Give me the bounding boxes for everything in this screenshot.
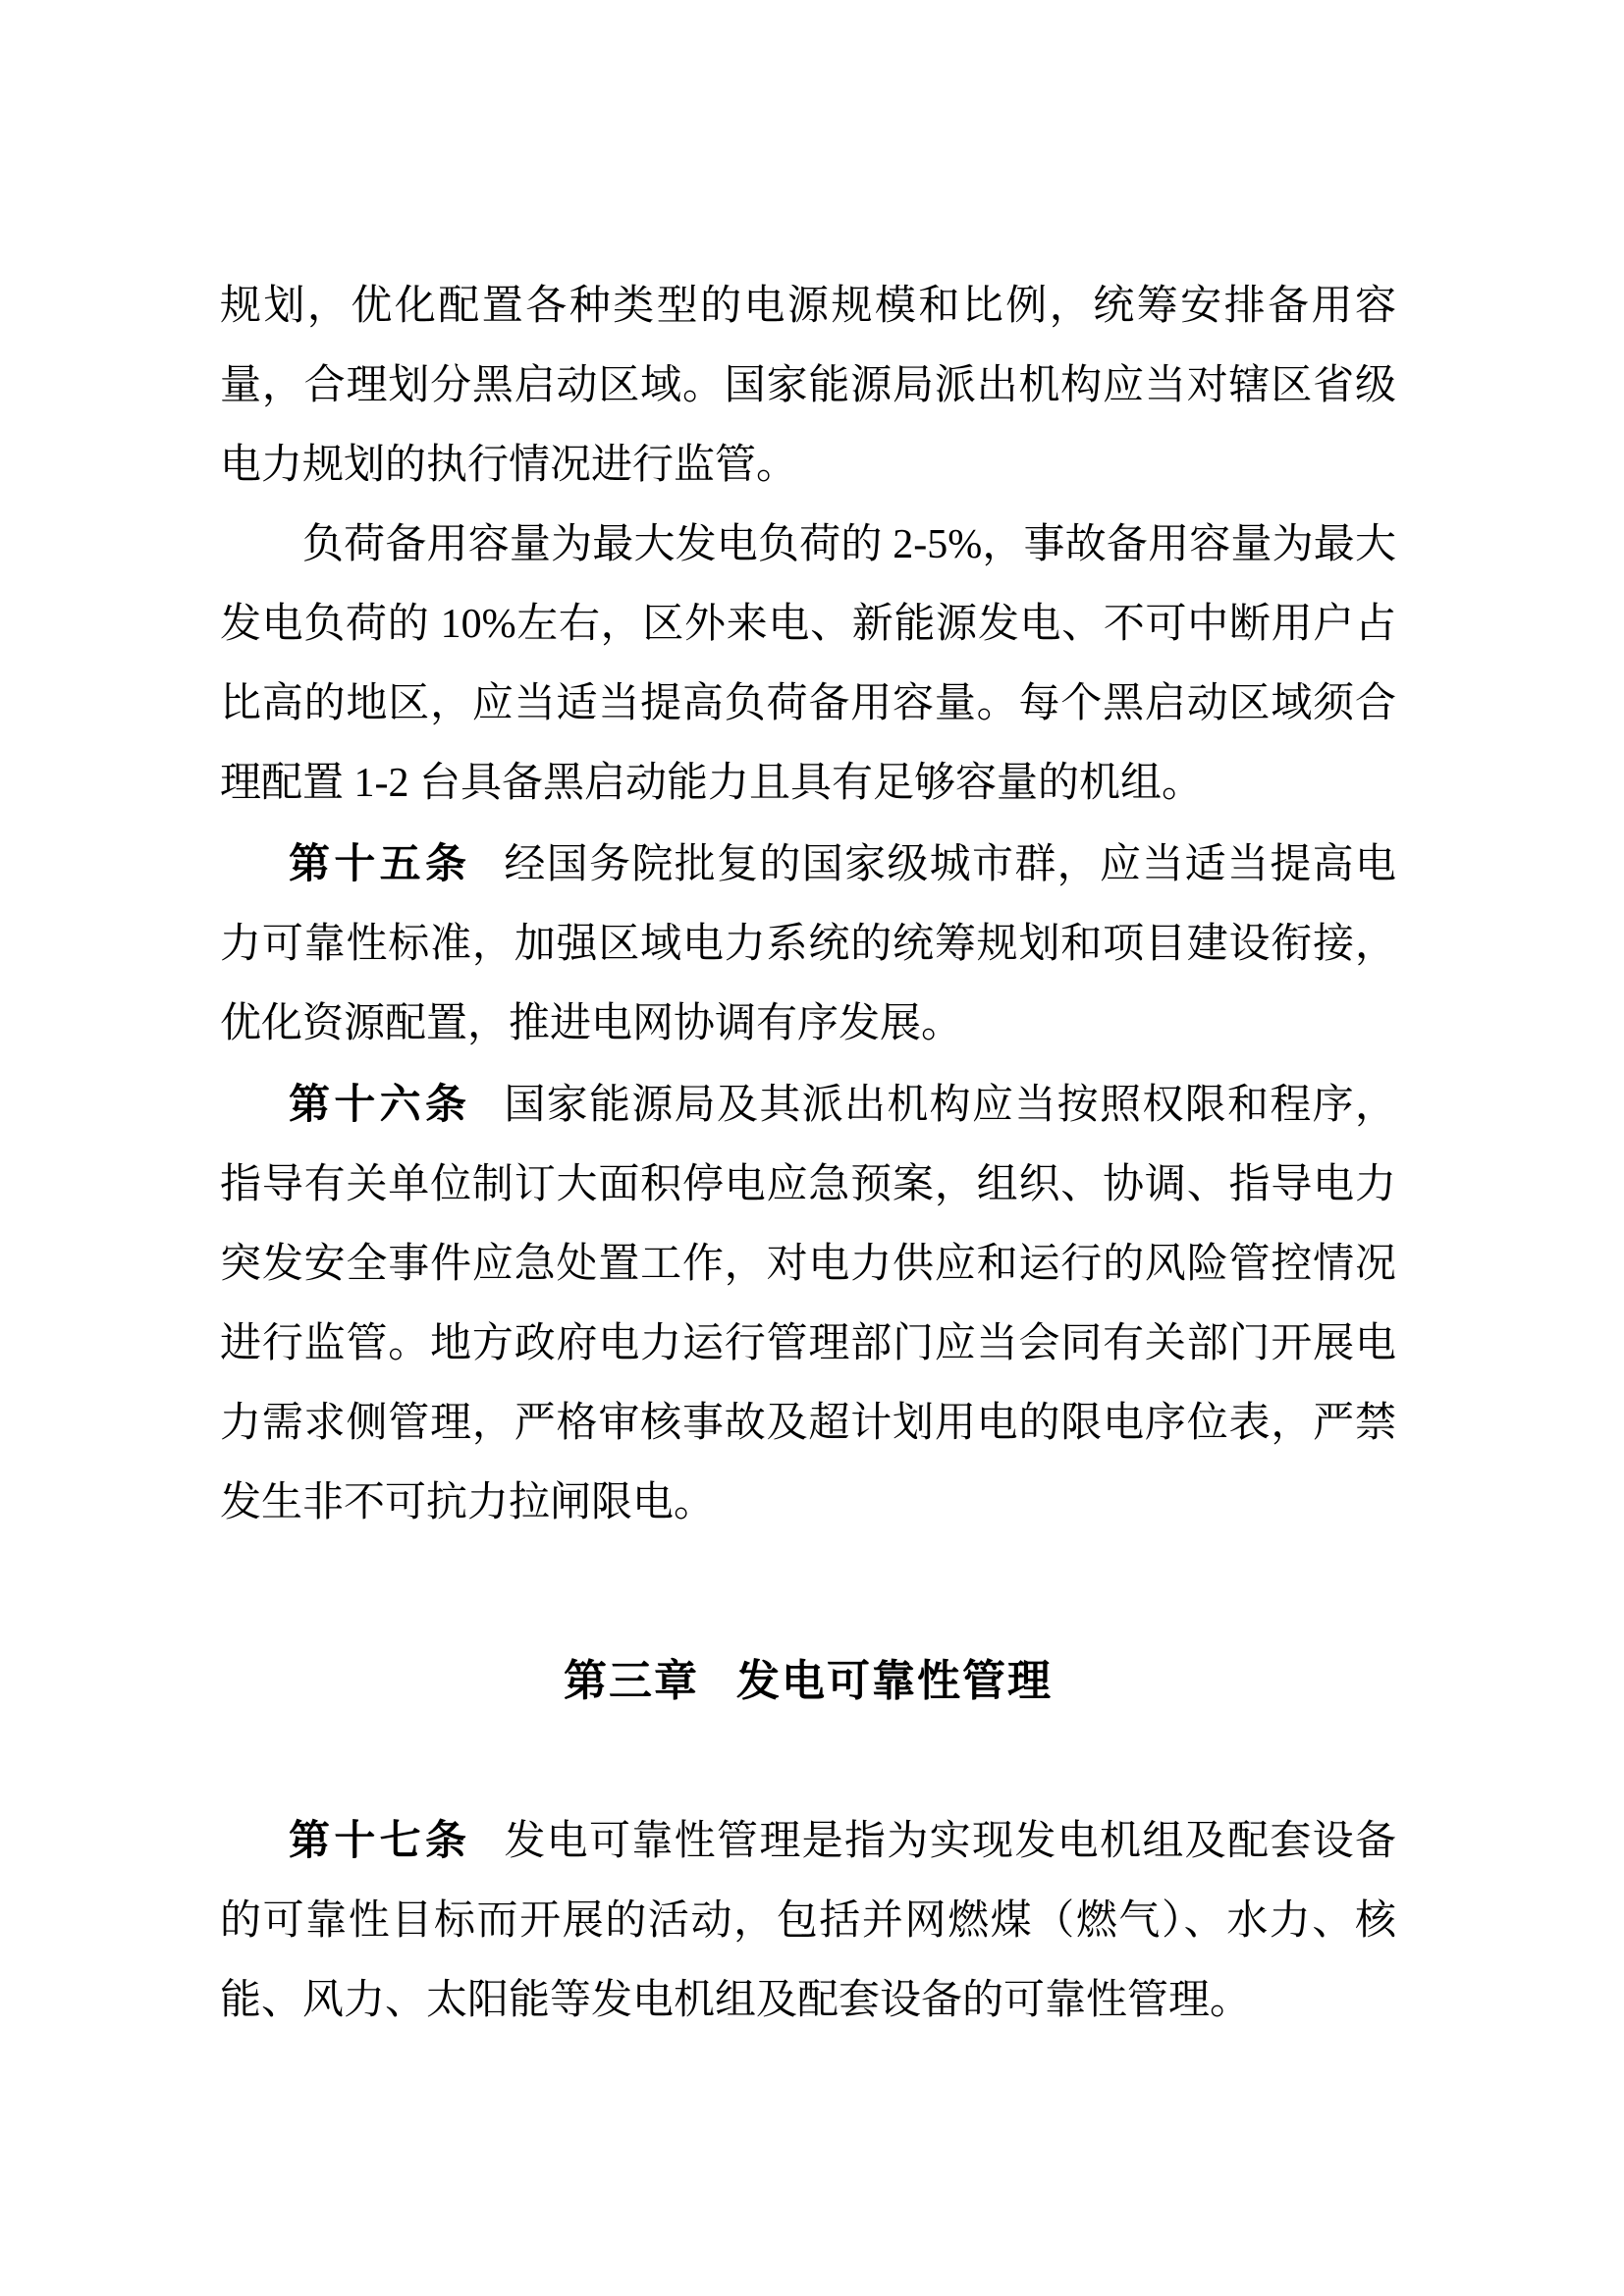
paragraph-reserve-capacity: 负荷备用容量为最大发电负荷的 2-5%，事故备用容量为最大发电负荷的 10%左右… [220,506,1396,824]
article-16-paragraph: 第十六条国家能源局及其派出机构应当按照权限和程序，指导有关单位制订大面积停电应急… [220,1064,1396,1543]
article-17-paragraph: 第十七条发电可靠性管理是指为实现发电机组及配套设备的可靠性目标而开展的活动，包括… [220,1800,1396,2041]
chapter-heading: 第三章发电可靠性管理 [220,1641,1396,1721]
document-page: 规划，优化配置各种类型的电源规模和比例，统筹安排备用容量，合理划分黑启动区域。国… [0,0,1624,2296]
chapter-number: 第三章 [564,1657,699,1705]
article-16-text: 国家能源局及其派出机构应当按照权限和程序，指导有关单位制订大面积停电应急预案，组… [220,1083,1396,1525]
article-17-label: 第十七条 [289,1817,470,1863]
article-15-paragraph: 第十五条经国务院批复的国家级城市群，应当适当提高电力可靠性标准，加强区域电力系统… [220,824,1396,1064]
article-16-label: 第十六条 [289,1081,470,1127]
paragraph-continuation: 规划，优化配置各种类型的电源规模和比例，统筹安排备用容量，合理划分黑启动区域。国… [220,267,1396,506]
article-15-label: 第十五条 [289,840,470,886]
chapter-title: 发电可靠性管理 [736,1657,1053,1705]
